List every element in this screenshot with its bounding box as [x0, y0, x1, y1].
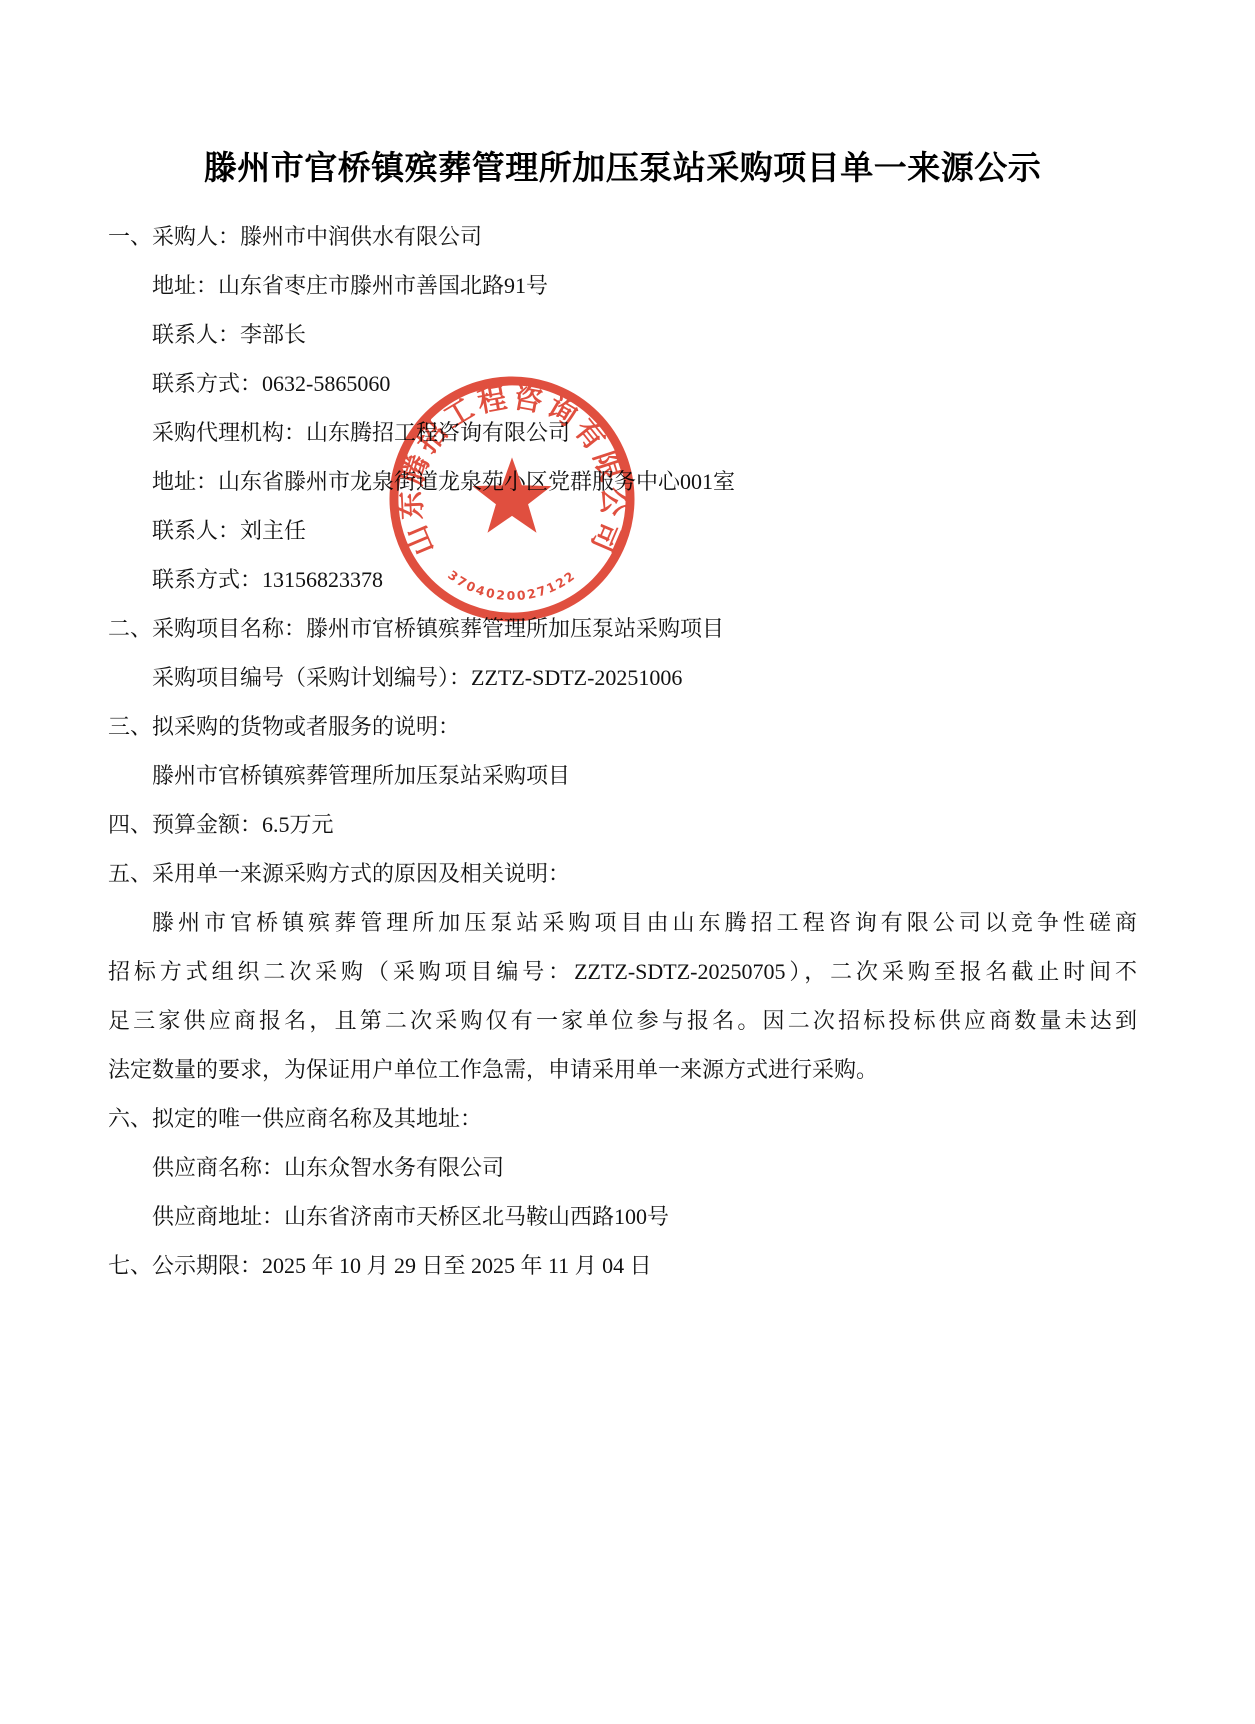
reason-paragraph-line-1: 滕州市官桥镇殡葬管理所加压泵站采购项目由山东腾招工程咨询有限公司以竞争性磋商 — [108, 898, 1137, 947]
purchaser-address-line: 地址：山东省枣庄市滕州市善国北路91号 — [108, 261, 1137, 310]
agency-contact-line: 联系人：刘主任 — [108, 506, 1137, 555]
agency-line: 采购代理机构：山东腾招工程咨询有限公司 — [108, 408, 1137, 457]
document-body: 一、采购人：滕州市中润供水有限公司 地址：山东省枣庄市滕州市善国北路91号 联系… — [0, 212, 1255, 1290]
purchaser-line: 一、采购人：滕州市中润供水有限公司 — [108, 212, 1137, 261]
budget-line: 四、预算金额：6.5万元 — [108, 800, 1137, 849]
agency-phone-line: 联系方式：13156823378 — [108, 555, 1137, 604]
purchaser-phone-line: 联系方式：0632-5865060 — [108, 359, 1137, 408]
reason-paragraph-line-2: 招标方式组织二次采购（采购项目编号：ZZTZ-SDTZ-20250705），二次… — [108, 947, 1137, 996]
reason-paragraph-line-3: 足三家供应商报名，且第二次采购仅有一家单位参与报名。因二次招标投标供应商数量未达… — [108, 996, 1137, 1045]
document-title: 滕州市官桥镇殡葬管理所加压泵站采购项目单一来源公示 — [0, 0, 1255, 190]
agency-address-line: 地址：山东省滕州市龙泉街道龙泉苑小区党群服务中心001室 — [108, 457, 1137, 506]
publicity-period-line: 七、公示期限：2025 年 10 月 29 日至 2025 年 11 月 04 … — [108, 1241, 1137, 1290]
purchaser-contact-line: 联系人：李部长 — [108, 310, 1137, 359]
supplier-name-line: 供应商名称：山东众智水务有限公司 — [108, 1143, 1137, 1192]
document-page: 滕州市官桥镇殡葬管理所加压泵站采购项目单一来源公示 一、采购人：滕州市中润供水有… — [0, 0, 1255, 1724]
reason-heading: 五、采用单一来源采购方式的原因及相关说明： — [108, 849, 1137, 898]
supplier-address-line: 供应商地址：山东省济南市天桥区北马鞍山西路100号 — [108, 1192, 1137, 1241]
supplier-heading: 六、拟定的唯一供应商名称及其地址： — [108, 1094, 1137, 1143]
project-name-line: 二、采购项目名称：滕州市官桥镇殡葬管理所加压泵站采购项目 — [108, 604, 1137, 653]
goods-description-heading: 三、拟采购的货物或者服务的说明： — [108, 702, 1137, 751]
reason-paragraph-line-4: 法定数量的要求，为保证用户单位工作急需，申请采用单一来源方式进行采购。 — [108, 1045, 1137, 1094]
project-number-line: 采购项目编号（采购计划编号）：ZZTZ-SDTZ-20251006 — [108, 653, 1137, 702]
goods-description-line: 滕州市官桥镇殡葬管理所加压泵站采购项目 — [108, 751, 1137, 800]
